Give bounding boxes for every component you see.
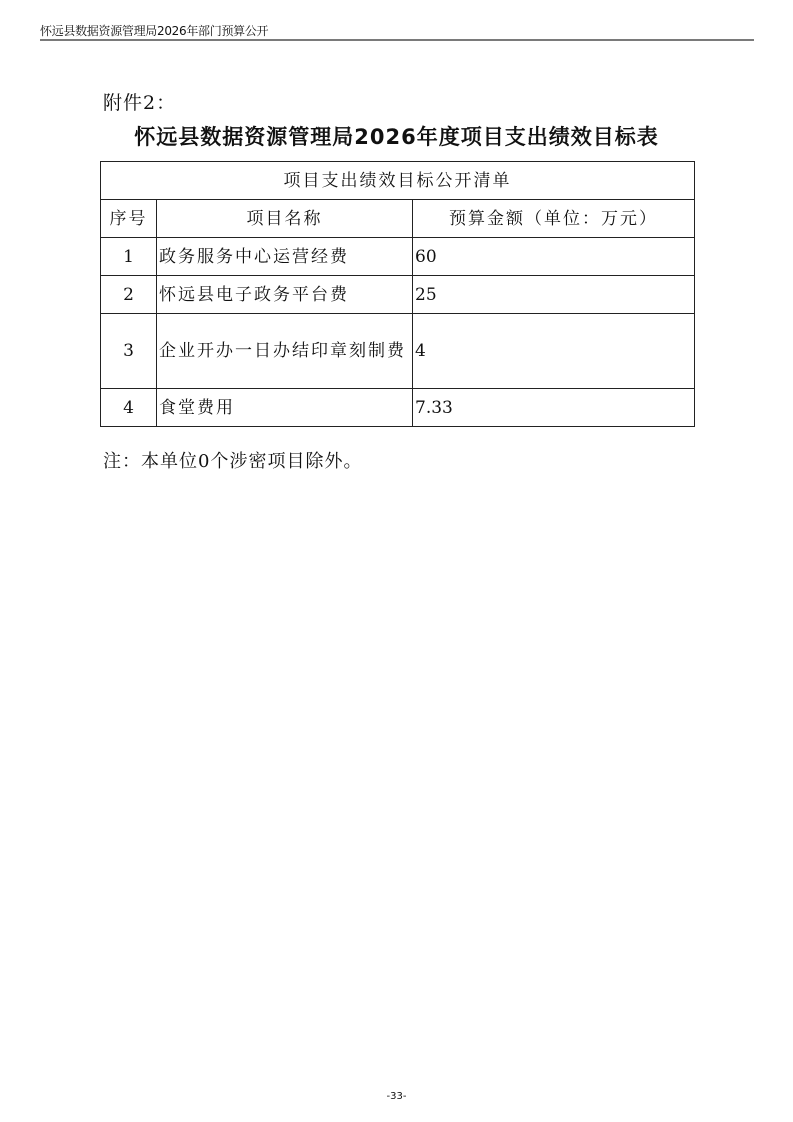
column-header-amount: 预算金额（单位：万元）: [413, 200, 695, 238]
row-index: 2: [101, 276, 157, 314]
table-caption-row: 项目支出绩效目标公开清单: [101, 162, 695, 200]
row-amount: 4: [413, 314, 695, 389]
performance-target-table: 项目支出绩效目标公开清单 序号 项目名称 预算金额（单位：万元） 1 政务服务中…: [100, 161, 695, 427]
row-project-name: 企业开办一日办结印章刻制费: [157, 314, 413, 389]
row-project-name: 政务服务中心运营经费: [157, 238, 413, 276]
row-index: 1: [101, 238, 157, 276]
attachment-label: 附件2：: [103, 88, 176, 115]
table-row: 2 怀远县电子政务平台费 25: [101, 276, 695, 314]
row-project-name: 怀远县电子政务平台费: [157, 276, 413, 314]
table-row: 4 食堂费用 7.33: [101, 389, 695, 427]
row-project-name: 食堂费用: [157, 389, 413, 427]
row-amount: 7.33: [413, 389, 695, 427]
table-caption: 项目支出绩效目标公开清单: [101, 162, 695, 200]
table-row: 3 企业开办一日办结印章刻制费 4: [101, 314, 695, 389]
column-header-index: 序号: [101, 200, 157, 238]
row-amount: 60: [413, 238, 695, 276]
column-header-name: 项目名称: [157, 200, 413, 238]
row-index: 4: [101, 389, 157, 427]
running-header: 怀远县数据资源管理局2026年部门预算公开: [40, 22, 268, 39]
document-title: 怀远县数据资源管理局2026年度项目支出绩效目标表: [0, 121, 793, 151]
row-amount: 25: [413, 276, 695, 314]
footnote: 注：本单位0个涉密项目除外。: [103, 447, 362, 473]
header-divider: [40, 39, 754, 41]
table-header-row: 序号 项目名称 预算金额（单位：万元）: [101, 200, 695, 238]
page-number: -33-: [0, 1091, 793, 1102]
table-row: 1 政务服务中心运营经费 60: [101, 238, 695, 276]
row-index: 3: [101, 314, 157, 389]
